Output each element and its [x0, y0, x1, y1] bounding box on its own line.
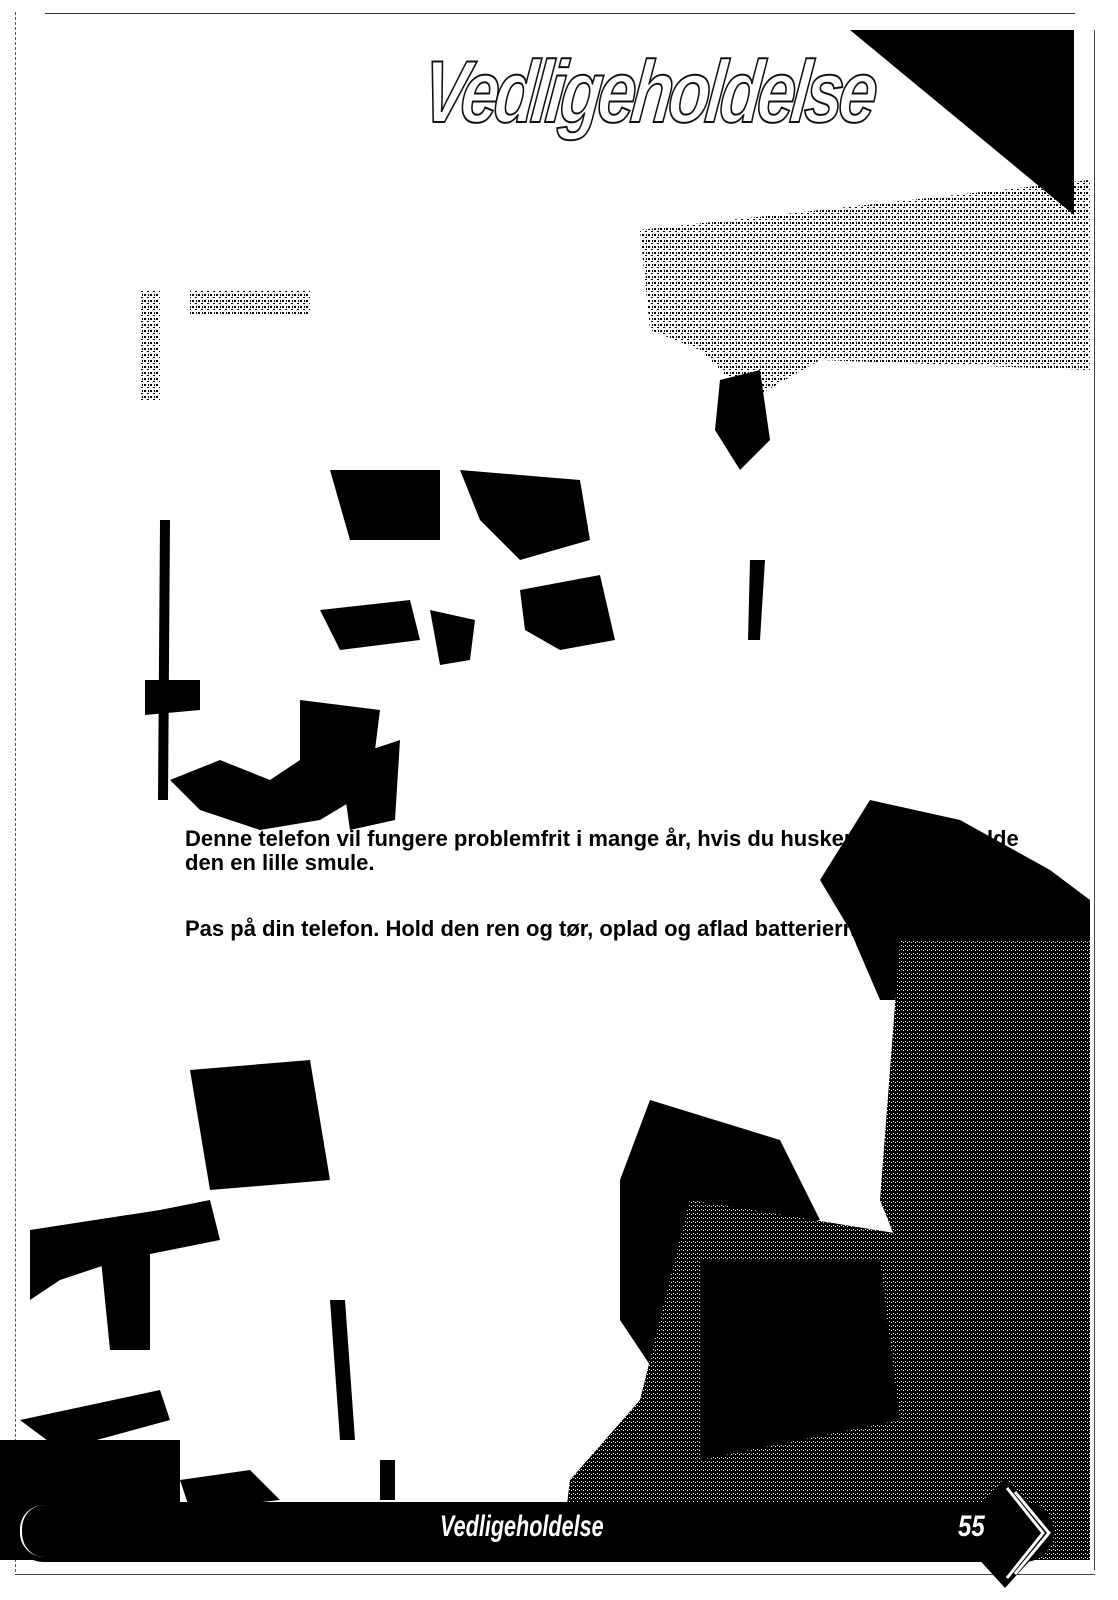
page-title: Vedligeholdelse — [418, 48, 877, 136]
body-paragraph: Pas på din telefon. Hold den ren og tør,… — [185, 917, 1035, 941]
manual-page: Vedligeholdelse Denne telefon vil funger… — [0, 0, 1118, 1600]
footer-section-title: Vedligeholdelse — [440, 1510, 604, 1544]
body-paragraph: Denne telefon vil fungere problemfrit i … — [185, 827, 1035, 875]
page-number: 55 — [958, 1510, 985, 1544]
